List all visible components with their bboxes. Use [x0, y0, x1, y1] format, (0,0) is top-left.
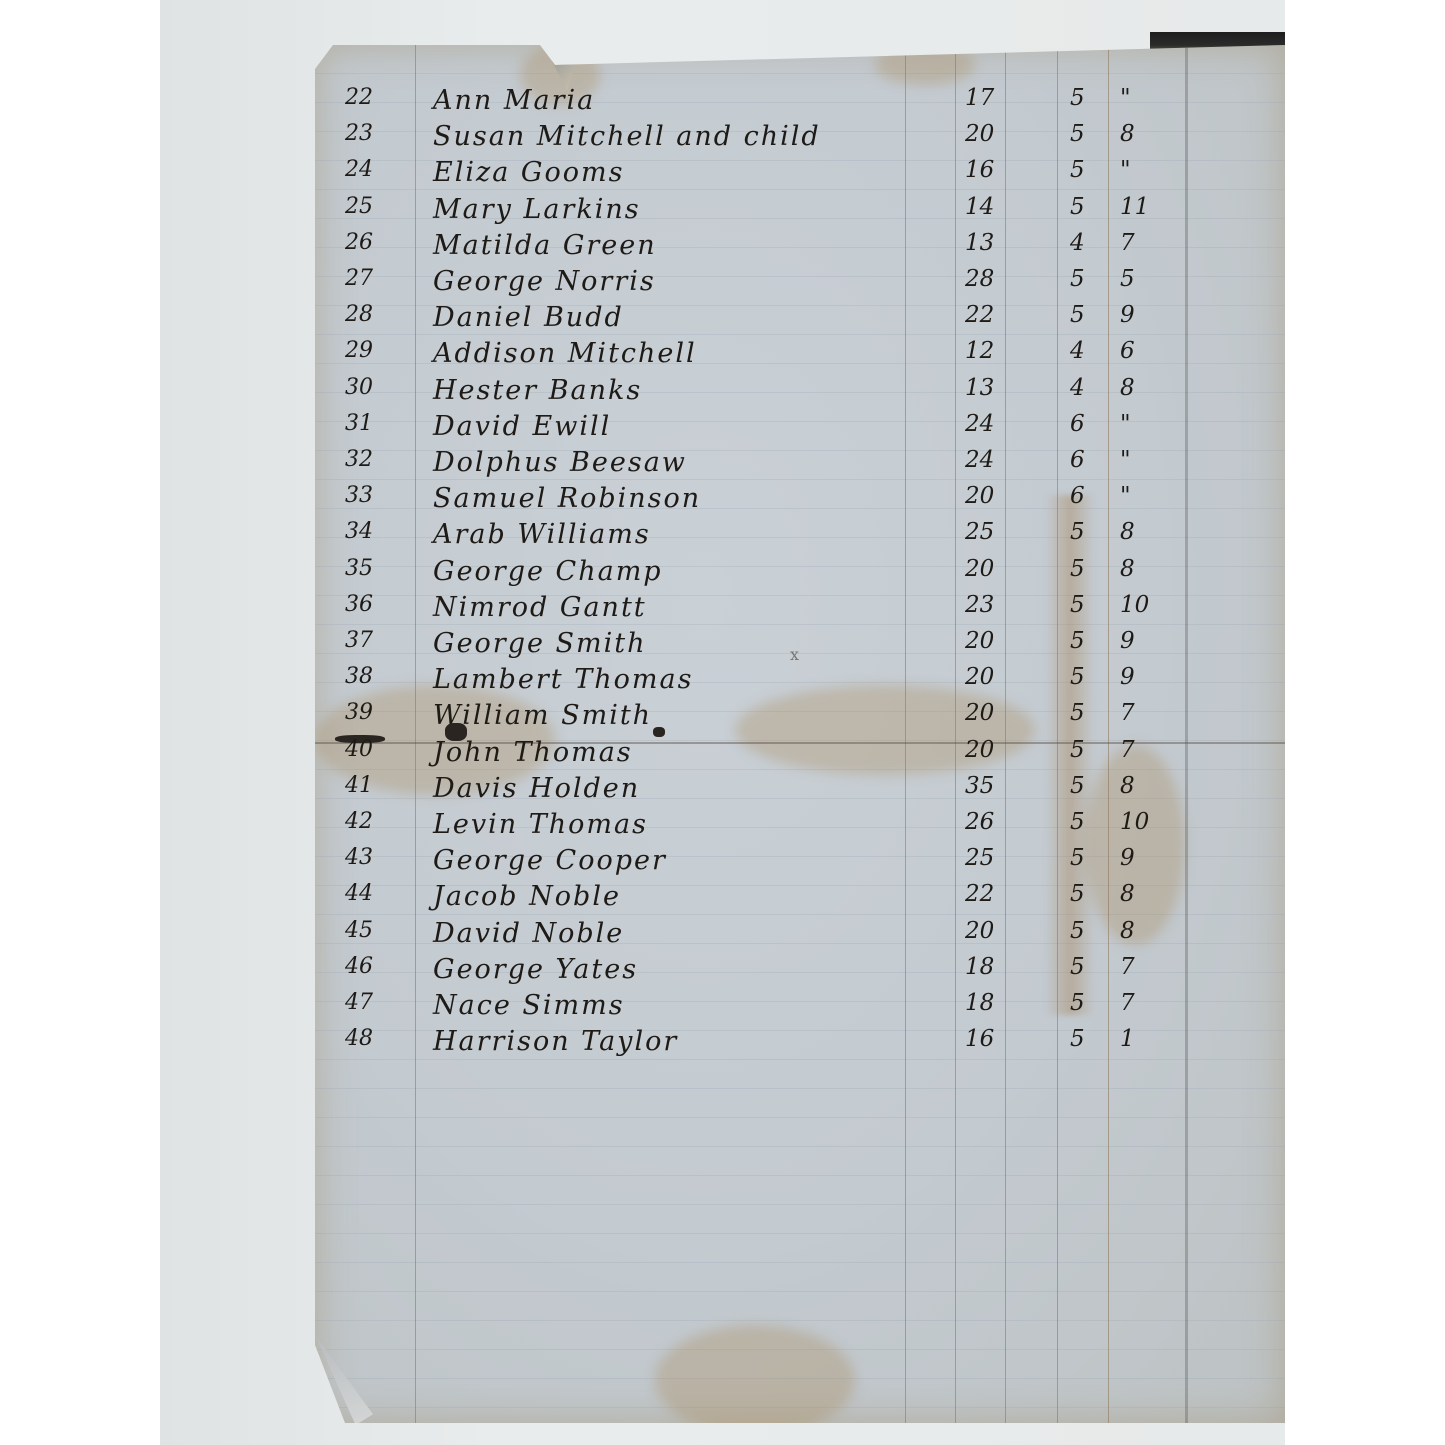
entry-number: 23	[345, 121, 373, 146]
entry-age: 20	[965, 628, 994, 654]
entry-age: 35	[965, 773, 994, 799]
table-row: 46 George Yates 18 5 7	[315, 954, 1285, 988]
entry-height-feet: 5	[1070, 121, 1085, 147]
table-row: 25 Mary Larkins 14 5 11	[315, 194, 1285, 228]
entry-height-inches: 11	[1120, 194, 1149, 220]
table-row: 33 Samuel Robinson 20 6 "	[315, 483, 1285, 517]
table-row: 47 Nace Simms 18 5 7	[315, 990, 1285, 1024]
entry-height-inches: 1	[1120, 1026, 1135, 1052]
entry-number: 37	[345, 628, 373, 653]
entry-age: 22	[965, 881, 994, 907]
entry-height-inches: 8	[1120, 881, 1135, 907]
table-row: 48 Harrison Taylor 16 5 1	[315, 1026, 1285, 1060]
entry-number: 47	[345, 990, 373, 1015]
entry-height-inches: "	[1120, 85, 1131, 111]
entry-height-inches: 9	[1120, 664, 1135, 690]
entry-age: 22	[965, 302, 994, 328]
entry-height-inches: 9	[1120, 302, 1135, 328]
entry-height-inches: 7	[1120, 954, 1135, 980]
entry-name: Nace Simms	[433, 990, 625, 1021]
entry-number: 34	[345, 519, 373, 544]
table-row: 29 Addison Mitchell 12 4 6	[315, 338, 1285, 372]
entry-age: 20	[965, 121, 994, 147]
entry-number: 36	[345, 592, 373, 617]
entry-number: 39	[345, 700, 373, 725]
entry-number: 38	[345, 664, 373, 689]
entry-height-feet: 5	[1070, 737, 1085, 763]
entry-age: 14	[965, 194, 994, 220]
entry-height-inches: 9	[1120, 845, 1135, 871]
entry-name: Ann Maria	[433, 85, 595, 116]
table-row: 27 George Norris 28 5 5	[315, 266, 1285, 300]
entry-number: 26	[345, 230, 373, 255]
entry-name: Levin Thomas	[433, 809, 648, 840]
entry-height-inches: "	[1120, 411, 1131, 437]
entry-height-feet: 5	[1070, 881, 1085, 907]
table-row: 34 Arab Williams 25 5 8	[315, 519, 1285, 553]
entry-height-feet: 6	[1070, 483, 1085, 509]
entry-name: George Yates	[433, 954, 638, 985]
water-stain	[655, 1325, 855, 1435]
entry-name: John Thomas	[433, 737, 633, 768]
entry-height-feet: 4	[1070, 338, 1085, 364]
entry-name: Dolphus Beesaw	[433, 447, 687, 478]
entry-height-inches: 8	[1120, 918, 1135, 944]
entry-height-feet: 5	[1070, 664, 1085, 690]
entry-height-feet: 5	[1070, 845, 1085, 871]
entry-height-feet: 5	[1070, 809, 1085, 835]
entry-age: 26	[965, 809, 994, 835]
entry-age: 20	[965, 664, 994, 690]
entry-number: 48	[345, 1026, 373, 1051]
entry-name: George Cooper	[433, 845, 667, 876]
entry-height-feet: 5	[1070, 302, 1085, 328]
entry-height-feet: 5	[1070, 700, 1085, 726]
entry-height-feet: 5	[1070, 954, 1085, 980]
entry-name: David Ewill	[433, 411, 611, 442]
table-row: 32 Dolphus Beesaw 24 6 "	[315, 447, 1285, 481]
entry-age: 24	[965, 447, 994, 473]
entry-height-feet: 6	[1070, 411, 1085, 437]
entry-height-feet: 5	[1070, 519, 1085, 545]
entry-height-feet: 5	[1070, 1026, 1085, 1052]
entry-age: 16	[965, 1026, 994, 1052]
entry-age: 20	[965, 918, 994, 944]
entry-height-inches: 10	[1120, 592, 1149, 618]
table-row: 23 Susan Mitchell and child 20 5 8	[315, 121, 1285, 155]
entry-age: 18	[965, 954, 994, 980]
entry-height-inches: 8	[1120, 773, 1135, 799]
entry-height-feet: 4	[1070, 230, 1085, 256]
entry-number: 40	[345, 737, 373, 762]
entry-number: 27	[345, 266, 373, 291]
entry-height-feet: 5	[1070, 628, 1085, 654]
entry-age: 23	[965, 592, 994, 618]
entry-height-inches: 5	[1120, 266, 1135, 292]
entry-name: Mary Larkins	[433, 194, 641, 225]
entry-height-inches: "	[1120, 447, 1131, 473]
entry-age: 20	[965, 556, 994, 582]
entry-age: 25	[965, 845, 994, 871]
entry-height-inches: 10	[1120, 809, 1149, 835]
entry-height-feet: 5	[1070, 773, 1085, 799]
entry-name: George Norris	[433, 266, 656, 297]
table-row: 45 David Noble 20 5 8	[315, 918, 1285, 952]
entry-age: 25	[965, 519, 994, 545]
entry-name: Harrison Taylor	[433, 1026, 678, 1057]
entry-age: 16	[965, 157, 994, 183]
table-row: 41 Davis Holden 35 5 8	[315, 773, 1285, 807]
table-row: 44 Jacob Noble 22 5 8	[315, 881, 1285, 915]
entry-age: 12	[965, 338, 994, 364]
entry-name: Daniel Budd	[433, 302, 624, 333]
table-row: 39 William Smith 20 5 7	[315, 700, 1285, 734]
entry-height-feet: 5	[1070, 918, 1085, 944]
entry-name: Davis Holden	[433, 773, 640, 804]
entry-age: 28	[965, 266, 994, 292]
entry-number: 35	[345, 556, 373, 581]
entry-number: 25	[345, 194, 373, 219]
entry-number: 42	[345, 809, 373, 834]
table-row: 30 Hester Banks 13 4 8	[315, 375, 1285, 409]
table-row: 24 Eliza Gooms 16 5 "	[315, 157, 1285, 191]
entry-name: Lambert Thomas	[433, 664, 693, 695]
ledger-page: x 22 Ann Maria 17 5 " 23 Susan Mitchell …	[315, 45, 1285, 1423]
table-row: 40 John Thomas 20 5 7	[315, 737, 1285, 771]
entry-age: 13	[965, 230, 994, 256]
entry-age: 13	[965, 375, 994, 401]
entry-height-feet: 4	[1070, 375, 1085, 401]
table-row: 28 Daniel Budd 22 5 9	[315, 302, 1285, 336]
entry-height-inches: 8	[1120, 121, 1135, 147]
entry-name: Arab Williams	[433, 519, 651, 550]
entry-age: 20	[965, 700, 994, 726]
entry-height-inches: "	[1120, 483, 1131, 509]
entry-name: Nimrod Gantt	[433, 592, 647, 623]
table-row: 37 George Smith 20 5 9	[315, 628, 1285, 662]
entry-name: Addison Mitchell	[433, 338, 697, 369]
entry-number: 29	[345, 338, 373, 363]
entry-height-feet: 5	[1070, 990, 1085, 1016]
table-row: 35 George Champ 20 5 8	[315, 556, 1285, 590]
entry-number: 30	[345, 375, 373, 400]
entry-name: Samuel Robinson	[433, 483, 701, 514]
entry-height-feet: 5	[1070, 194, 1085, 220]
entry-name: David Noble	[433, 918, 624, 949]
entry-height-inches: 7	[1120, 700, 1135, 726]
entry-height-feet: 5	[1070, 592, 1085, 618]
entry-height-feet: 5	[1070, 556, 1085, 582]
entry-height-feet: 5	[1070, 157, 1085, 183]
entry-number: 46	[345, 954, 373, 979]
table-row: 36 Nimrod Gantt 23 5 10	[315, 592, 1285, 626]
table-row: 38 Lambert Thomas 20 5 9	[315, 664, 1285, 698]
entry-name: Eliza Gooms	[433, 157, 624, 188]
entry-name: Matilda Green	[433, 230, 657, 261]
entry-height-inches: "	[1120, 157, 1131, 183]
entry-height-inches: 8	[1120, 556, 1135, 582]
table-row: 26 Matilda Green 13 4 7	[315, 230, 1285, 264]
entry-height-inches: 8	[1120, 375, 1135, 401]
table-row: 31 David Ewill 24 6 "	[315, 411, 1285, 445]
entry-number: 45	[345, 918, 373, 943]
entry-name: Susan Mitchell and child	[433, 121, 821, 152]
entry-number: 28	[345, 302, 373, 327]
entry-height-inches: 8	[1120, 519, 1135, 545]
entry-age: 17	[965, 85, 994, 111]
entry-age: 20	[965, 737, 994, 763]
entry-number: 24	[345, 157, 373, 182]
table-row: 22 Ann Maria 17 5 "	[315, 85, 1285, 119]
entry-height-inches: 7	[1120, 737, 1135, 763]
entry-height-inches: 9	[1120, 628, 1135, 654]
entry-name: George Smith	[433, 628, 647, 659]
entry-number: 43	[345, 845, 373, 870]
entry-number: 22	[345, 85, 373, 110]
entry-height-inches: 7	[1120, 230, 1135, 256]
entry-height-feet: 6	[1070, 447, 1085, 473]
entry-number: 44	[345, 881, 373, 906]
entry-name: William Smith	[433, 700, 652, 731]
entry-height-inches: 7	[1120, 990, 1135, 1016]
entry-number: 31	[345, 411, 373, 436]
entry-number: 41	[345, 773, 373, 798]
entry-name: Jacob Noble	[433, 881, 621, 912]
entry-age: 18	[965, 990, 994, 1016]
entry-age: 20	[965, 483, 994, 509]
entry-age: 24	[965, 411, 994, 437]
entry-height-feet: 5	[1070, 266, 1085, 292]
entry-name: Hester Banks	[433, 375, 642, 406]
entry-height-inches: 6	[1120, 338, 1135, 364]
table-row: 43 George Cooper 25 5 9	[315, 845, 1285, 879]
table-row: 42 Levin Thomas 26 5 10	[315, 809, 1285, 843]
entry-number: 33	[345, 483, 373, 508]
entry-number: 32	[345, 447, 373, 472]
entry-height-feet: 5	[1070, 85, 1085, 111]
entry-name: George Champ	[433, 556, 663, 587]
